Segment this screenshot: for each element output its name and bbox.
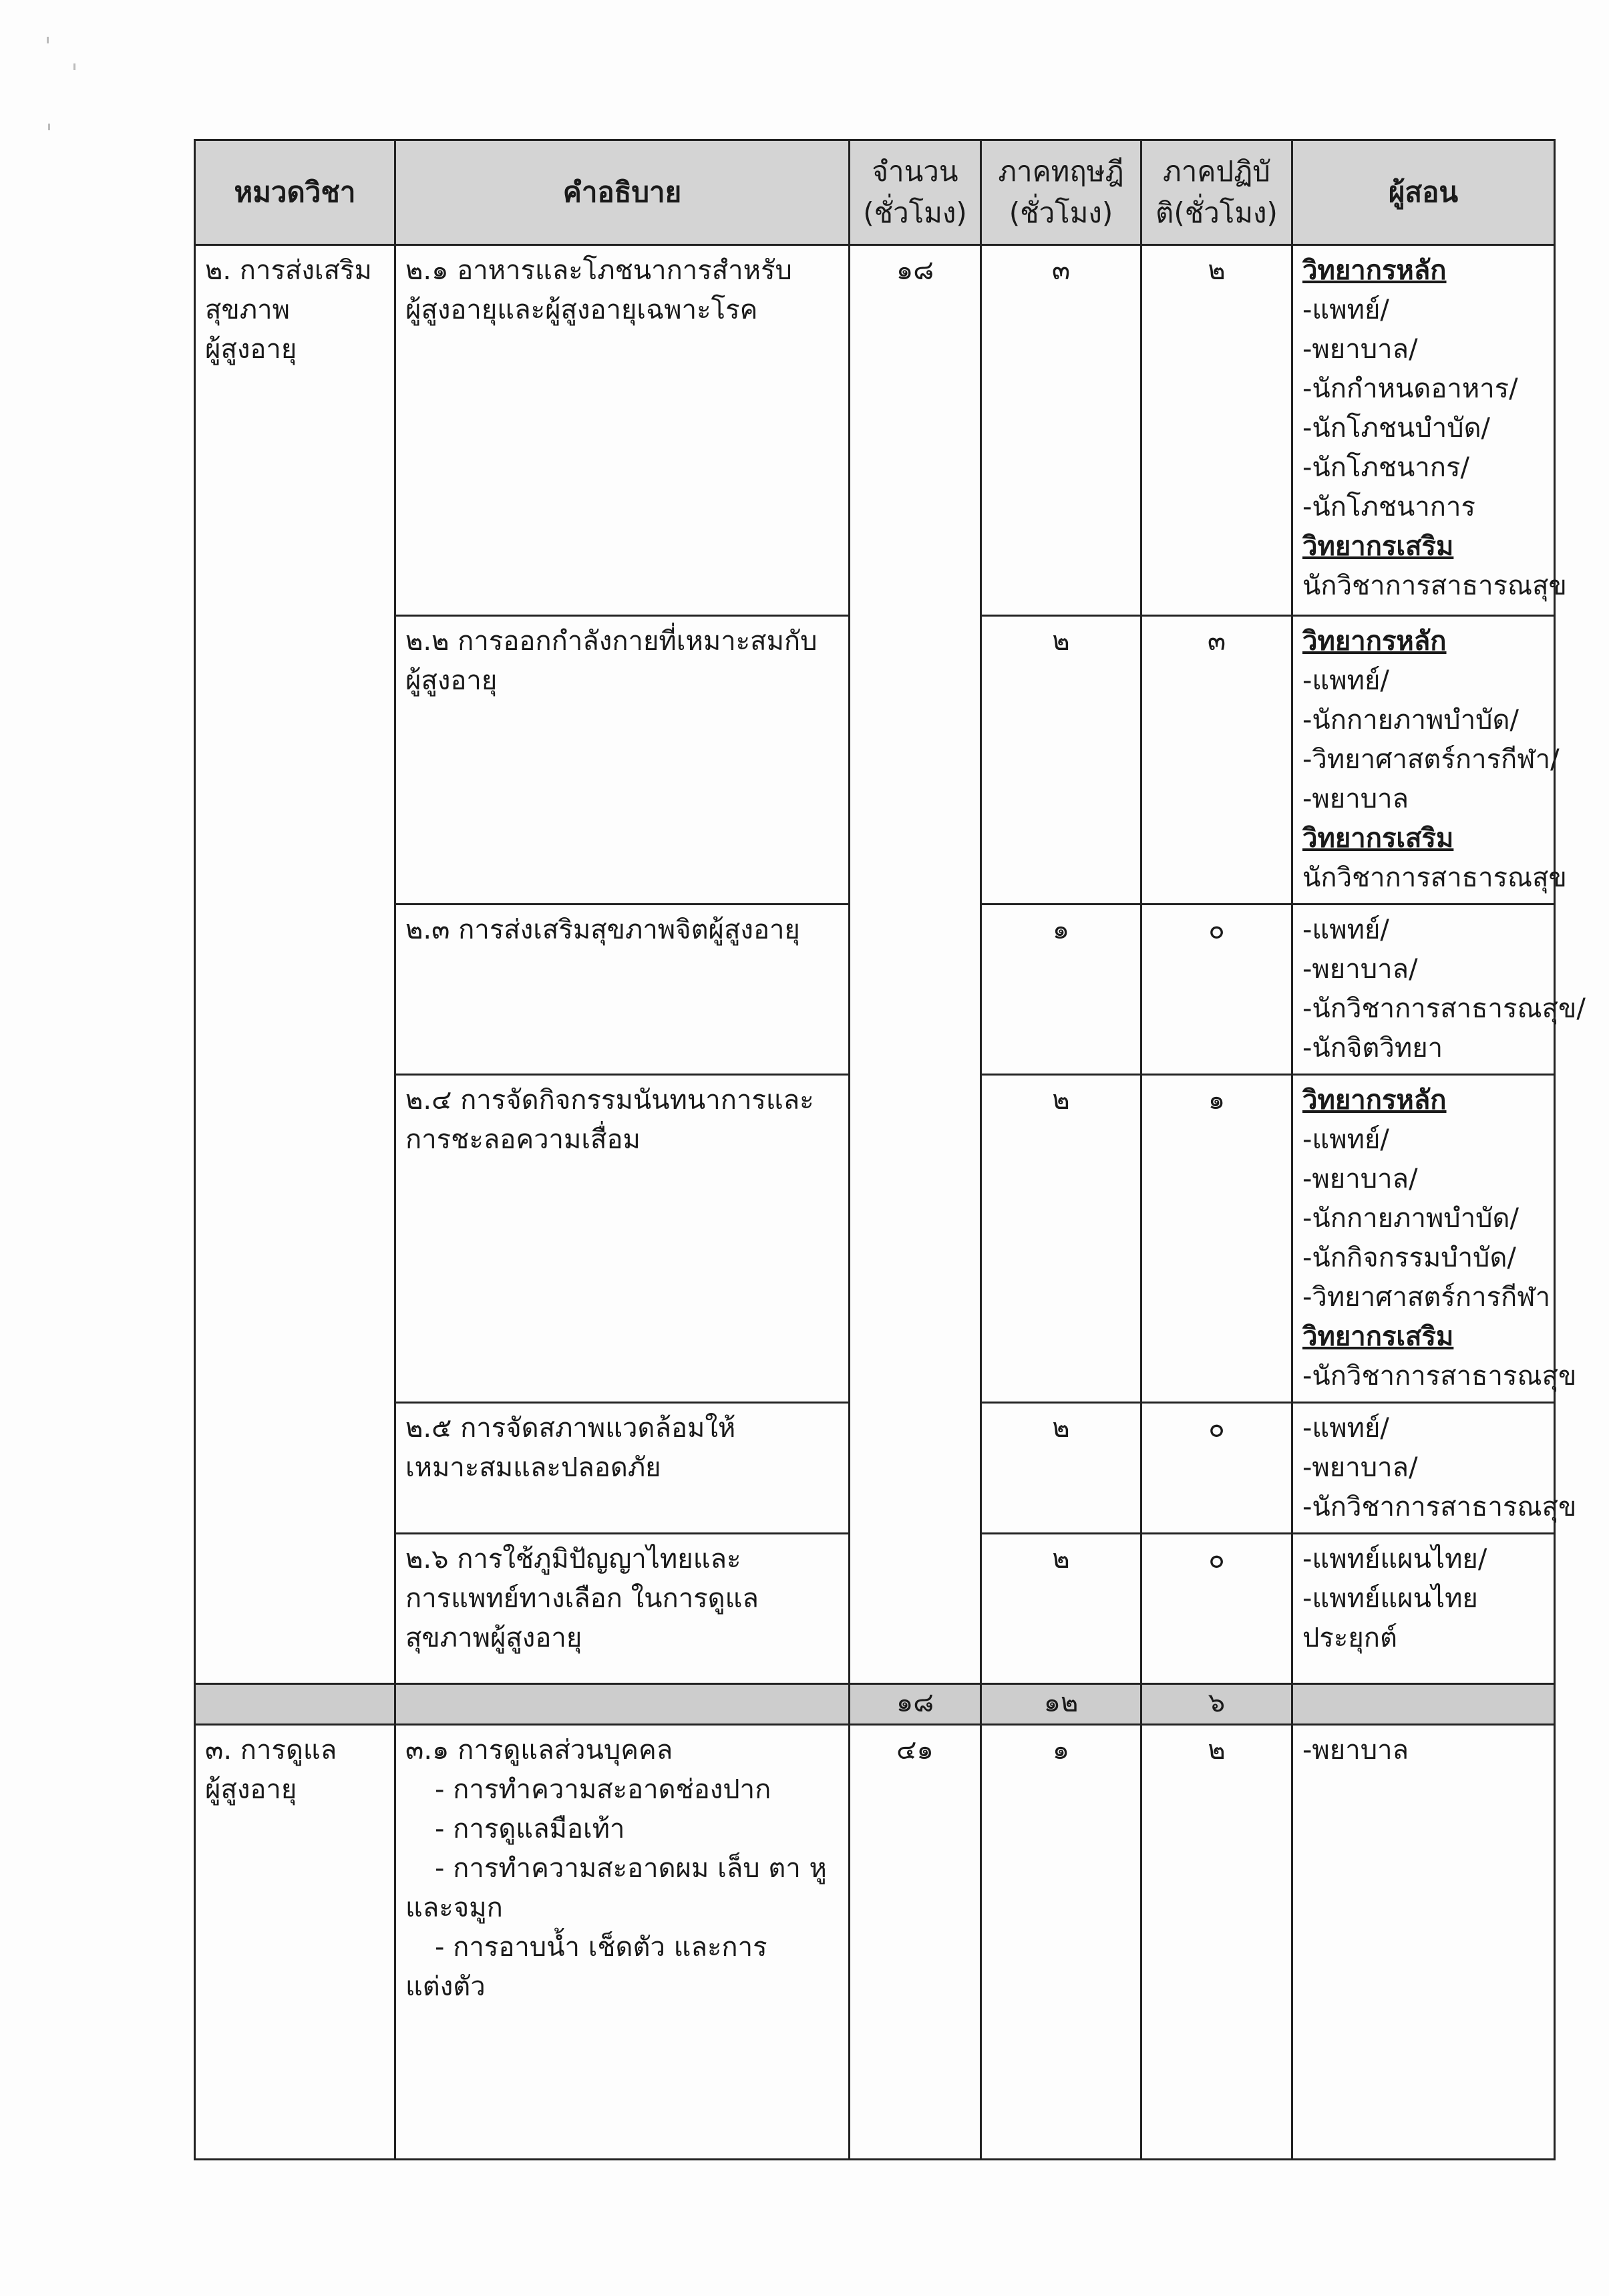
category-cell: ๒. การส่งเสริมสุขภาพผู้สูงอายุ <box>195 245 395 1684</box>
practice-hours-cell: ๐ <box>1141 1403 1292 1534</box>
subtotal-row: ๑๘๑๒๖ <box>195 1684 1555 1725</box>
scanned-page: หมวดวิชา คำอธิบาย จำนวน (ชั่วโมง) ภาคทฤษ… <box>0 0 1609 2296</box>
instructor-item: -แพทย์/ <box>1302 911 1544 950</box>
header-theory-hours: ภาคทฤษฎี (ชั่วโมง) <box>981 140 1141 245</box>
theory-hours-cell: ๒ <box>981 1534 1141 1684</box>
instructor-item: -วิทยาศาสตร์การกีฬา/ <box>1302 740 1544 780</box>
description-text: ผู้สูงอายุ <box>405 661 839 701</box>
practice-hours-cell: ๒ <box>1141 1725 1292 2160</box>
instructor-item: -พยาบาล/ <box>1302 330 1544 369</box>
description-text: ๒.๔ การจัดกิจกรรมนันทนาการและ <box>405 1081 839 1120</box>
total-hours-cell: ๔๑ <box>850 1725 981 2160</box>
practice-hours-cell: ๒ <box>1141 245 1292 616</box>
header-practice-hours: ภาคปฏิบั ติ(ชั่วโมง) <box>1141 140 1292 245</box>
description-text: เหมาะสมและปลอดภัย <box>405 1448 839 1488</box>
table-row: ๒. การส่งเสริมสุขภาพผู้สูงอายุ๒.๑ อาหารแ… <box>195 245 1555 616</box>
instructor-item: -พยาบาล/ <box>1302 1160 1544 1199</box>
practice-hours-cell: ๓ <box>1141 616 1292 905</box>
instructor-group-heading: วิทยากรหลัก <box>1302 1081 1544 1120</box>
total-hours-cell: ๑๘ <box>850 245 981 1684</box>
description-text: การชะลอความเสื่อม <box>405 1120 839 1160</box>
description-text: - การทำความสะอาดช่องปาก <box>405 1770 839 1810</box>
description-text: ๒.๒ การออกกำลังกายที่เหมาะสมกับ <box>405 622 839 661</box>
category-text: ๒. การส่งเสริม <box>205 251 385 291</box>
category-text: ผู้สูงอายุ <box>205 1770 385 1810</box>
instructor-item: -วิทยาศาสตร์การกีฬา <box>1302 1278 1544 1317</box>
instructor-item: นักวิชาการสาธารณสุข <box>1302 858 1544 898</box>
instructor-item: -นักจิตวิทยา <box>1302 1029 1544 1068</box>
description-cell: ๒.๕ การจัดสภาพแวดล้อมให้เหมาะสมและปลอดภั… <box>395 1403 850 1534</box>
instructor-group-heading: วิทยากรหลัก <box>1302 251 1544 291</box>
instructor-item: -พยาบาล/ <box>1302 950 1544 989</box>
header-practice-line1: ภาคปฏิบั <box>1151 151 1282 192</box>
table-header-row: หมวดวิชา คำอธิบาย จำนวน (ชั่วโมง) ภาคทฤษ… <box>195 140 1555 245</box>
description-text: แต่งตัว <box>405 1967 839 2007</box>
table-body: ๒. การส่งเสริมสุขภาพผู้สูงอายุ๒.๑ อาหารแ… <box>195 245 1555 2160</box>
description-text: และจมูก <box>405 1889 839 1928</box>
description-cell: ๒.๒ การออกกำลังกายที่เหมาะสมกับผู้สูงอาย… <box>395 616 850 905</box>
instructor-item: -นักโภชนากร/ <box>1302 448 1544 488</box>
instructors-cell: -แพทย์/-พยาบาล/-นักวิชาการสาธารณสุข <box>1292 1403 1555 1534</box>
description-cell: ๒.๖ การใช้ภูมิปัญญาไทยและการแพทย์ทางเลือ… <box>395 1534 850 1684</box>
description-text: ๒.๓ การส่งเสริมสุขภาพจิตผู้สูงอายุ <box>405 911 839 950</box>
header-practice-line2: ติ(ชั่วโมง) <box>1151 192 1282 234</box>
scan-speck <box>47 37 49 43</box>
description-text: - การดูแลมือเท้า <box>405 1810 839 1849</box>
subtotal-blank-cell <box>195 1684 395 1725</box>
instructor-item: -แพทย์/ <box>1302 291 1544 330</box>
description-text: - การอาบน้ำ เช็ดตัว และการ <box>405 1928 839 1967</box>
practice-hours-cell: ๑ <box>1141 1075 1292 1403</box>
theory-hours-cell: ๑ <box>981 1725 1141 2160</box>
instructor-item: -แพทย์แผนไทย/ <box>1302 1540 1544 1579</box>
theory-hours-cell: ๓ <box>981 245 1141 616</box>
instructor-item: -นักวิชาการสาธารณสุข <box>1302 1357 1544 1396</box>
description-text: ๒.๑ อาหารและโภชนาการสำหรับ <box>405 251 839 291</box>
instructor-group-heading: วิทยากรเสริม <box>1302 1317 1544 1357</box>
instructors-cell: -แพทย์/-พยาบาล/-นักวิชาการสาธารณสุข/-นัก… <box>1292 905 1555 1075</box>
header-theory-line2: (ชั่วโมง) <box>991 192 1131 234</box>
table-row: ๓. การดูแลผู้สูงอายุ๓.๑ การดูแลส่วนบุคคล… <box>195 1725 1555 2160</box>
instructors-cell: วิทยากรหลัก-แพทย์/-พยาบาล/-นักกายภาพบำบั… <box>1292 1075 1555 1403</box>
description-cell: ๒.๓ การส่งเสริมสุขภาพจิตผู้สูงอายุ <box>395 905 850 1075</box>
category-cell: ๓. การดูแลผู้สูงอายุ <box>195 1725 395 2160</box>
theory-hours-cell: ๑ <box>981 905 1141 1075</box>
header-category: หมวดวิชา <box>195 140 395 245</box>
instructors-cell: วิทยากรหลัก-แพทย์/-นักกายภาพบำบัด/-วิทยา… <box>1292 616 1555 905</box>
subtotal-theory-hours: ๑๒ <box>981 1684 1141 1725</box>
instructor-item: -แพทย์แผนไทย <box>1302 1579 1544 1619</box>
practice-hours-cell: ๐ <box>1141 1534 1292 1684</box>
header-description: คำอธิบาย <box>395 140 850 245</box>
scan-speck <box>73 63 75 70</box>
description-cell: ๒.๔ การจัดกิจกรรมนันทนาการและการชะลอความ… <box>395 1075 850 1403</box>
theory-hours-cell: ๒ <box>981 1403 1141 1534</box>
category-text: สุขภาพ <box>205 291 385 330</box>
instructor-item: -นักกายภาพบำบัด/ <box>1302 1199 1544 1239</box>
header-total-hours-line2: (ชั่วโมง) <box>860 192 970 234</box>
category-text: ๓. การดูแล <box>205 1731 385 1770</box>
instructor-group-heading: วิทยากรเสริม <box>1302 819 1544 858</box>
practice-hours-cell: ๐ <box>1141 905 1292 1075</box>
description-text: ๓.๑ การดูแลส่วนบุคคล <box>405 1731 839 1770</box>
instructor-item: -นักโภชนาการ <box>1302 488 1544 527</box>
instructor-group-heading: วิทยากรหลัก <box>1302 622 1544 661</box>
instructors-cell: -แพทย์แผนไทย/-แพทย์แผนไทยประยุกต์ <box>1292 1534 1555 1684</box>
header-total-hours-line1: จำนวน <box>860 151 970 192</box>
instructor-group-heading: วิทยากรเสริม <box>1302 527 1544 566</box>
instructor-item: -นักวิชาการสาธารณสุข/ <box>1302 989 1544 1029</box>
description-text: - การทำความสะอาดผม เล็บ ตา หู <box>405 1849 839 1889</box>
instructors-cell: วิทยากรหลัก-แพทย์/-พยาบาล/-นักกำหนดอาหาร… <box>1292 245 1555 616</box>
subtotal-blank-cell <box>1292 1684 1555 1725</box>
instructor-item: -แพทย์/ <box>1302 1120 1544 1160</box>
instructor-item: -นักกิจกรรมบำบัด/ <box>1302 1239 1544 1278</box>
description-text: ผู้สูงอายุและผู้สูงอายุเฉพาะโรค <box>405 291 839 330</box>
description-text: การแพทย์ทางเลือก ในการดูแล <box>405 1579 839 1619</box>
instructor-item: -แพทย์/ <box>1302 1409 1544 1448</box>
description-text: ๒.๕ การจัดสภาพแวดล้อมให้ <box>405 1409 839 1448</box>
description-text: ๒.๖ การใช้ภูมิปัญญาไทยและ <box>405 1540 839 1579</box>
instructor-item: นักวิชาการสาธารณสุข <box>1302 566 1544 606</box>
description-cell: ๓.๑ การดูแลส่วนบุคคล- การทำความสะอาดช่อง… <box>395 1725 850 2160</box>
scan-speck <box>48 124 50 130</box>
instructor-item: -พยาบาล <box>1302 1731 1544 1770</box>
instructor-item: -พยาบาล/ <box>1302 1448 1544 1488</box>
instructor-item: -นักวิชาการสาธารณสุข <box>1302 1488 1544 1527</box>
instructor-item: ประยุกต์ <box>1302 1619 1544 1658</box>
instructors-cell: -พยาบาล <box>1292 1725 1555 2160</box>
theory-hours-cell: ๒ <box>981 616 1141 905</box>
header-instructors: ผู้สอน <box>1292 140 1555 245</box>
instructor-item: -พยาบาล <box>1302 780 1544 819</box>
category-text: ผู้สูงอายุ <box>205 330 385 369</box>
curriculum-table: หมวดวิชา คำอธิบาย จำนวน (ชั่วโมง) ภาคทฤษ… <box>194 139 1556 2160</box>
instructor-item: -นักกำหนดอาหาร/ <box>1302 369 1544 409</box>
theory-hours-cell: ๒ <box>981 1075 1141 1403</box>
subtotal-blank-cell <box>395 1684 850 1725</box>
subtotal-practice-hours: ๖ <box>1141 1684 1292 1725</box>
instructor-item: -แพทย์/ <box>1302 661 1544 701</box>
header-total-hours: จำนวน (ชั่วโมง) <box>850 140 981 245</box>
description-cell: ๒.๑ อาหารและโภชนาการสำหรับผู้สูงอายุและผ… <box>395 245 850 616</box>
instructor-item: -นักกายภาพบำบัด/ <box>1302 701 1544 740</box>
instructor-item: -นักโภชนบำบัด/ <box>1302 409 1544 448</box>
header-theory-line1: ภาคทฤษฎี <box>991 151 1131 192</box>
subtotal-total-hours: ๑๘ <box>850 1684 981 1725</box>
description-text: สุขภาพผู้สูงอายุ <box>405 1619 839 1658</box>
